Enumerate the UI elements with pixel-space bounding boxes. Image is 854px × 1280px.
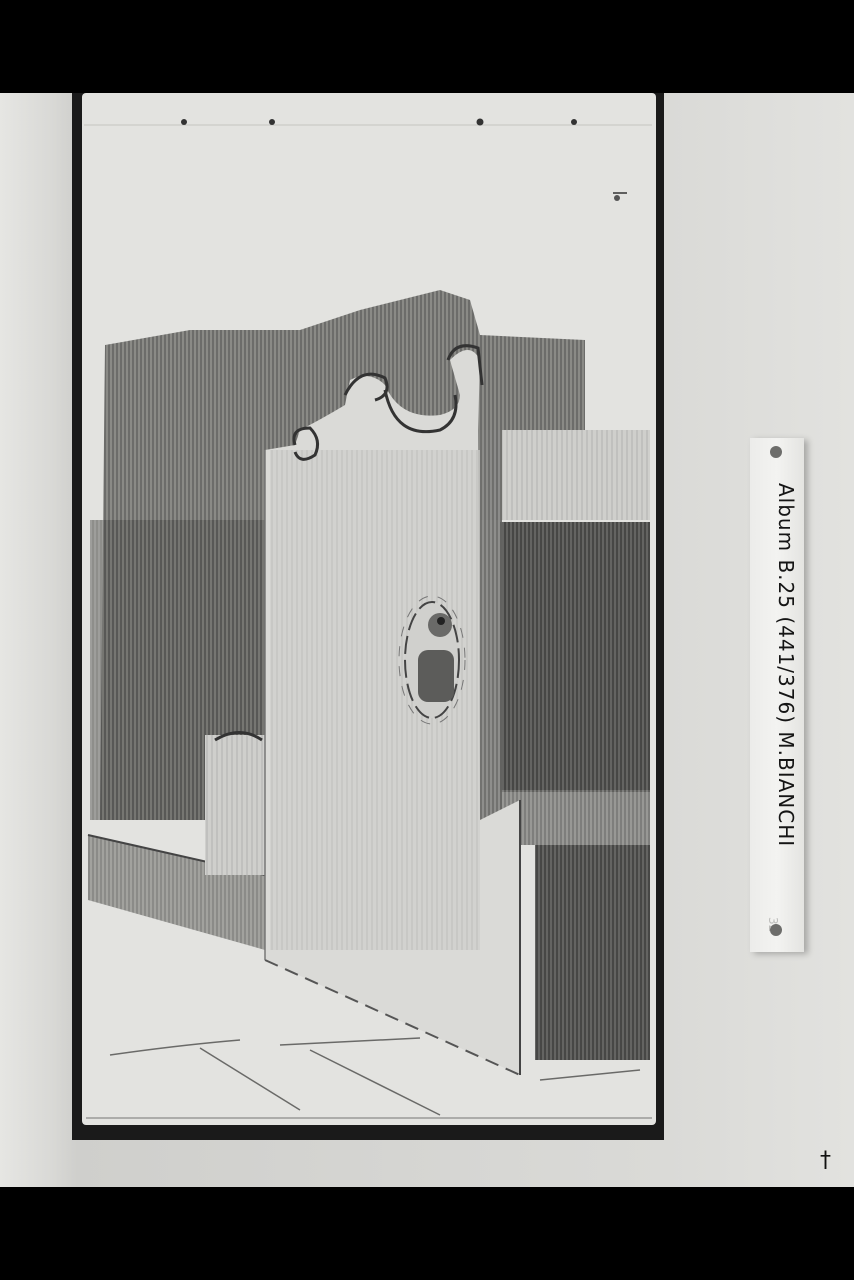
corner-mark-icon: † [820, 1148, 831, 1173]
sketch-drawing [0, 0, 854, 1280]
archive-label-text: Album B.25 (441/376) M.BIANCHI [758, 483, 798, 933]
label-hole-bottom [770, 924, 782, 936]
oval-niche-figure [399, 596, 465, 724]
label-hole-top [770, 446, 782, 458]
archive-label-strip: Album B.25 (441/376) M.BIANCHI 32 [750, 438, 804, 952]
